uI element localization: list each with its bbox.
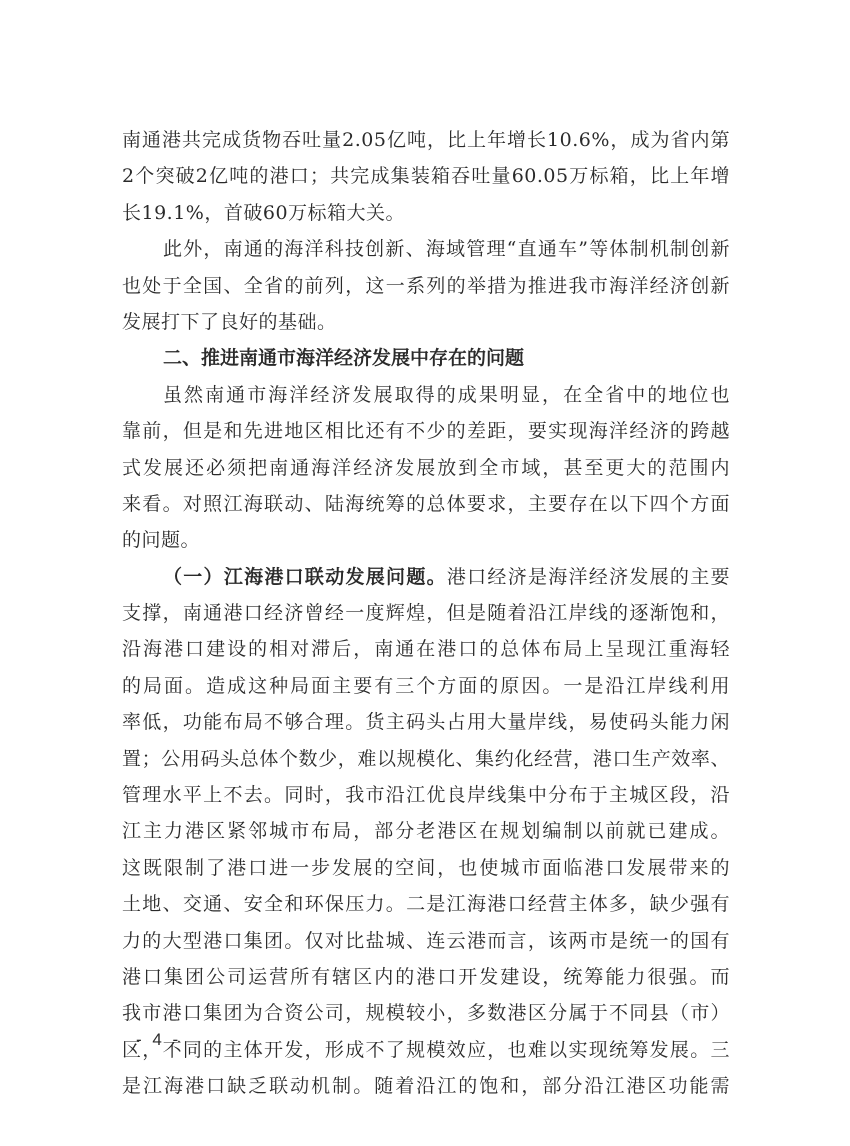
- text-line: 此外，南通的海洋科技创新、海域管理“直通车”等体制机制创新: [122, 231, 730, 267]
- text-line: 江主力港区紧邻城市布局，部分老港区在规划编制以前就已建成。: [122, 813, 730, 849]
- text-line: 我市港口集团为合资公司，规模较小，多数港区分属于不同县（市）: [122, 995, 730, 1031]
- text-line: （一）江海港口联动发展问题。港口经济是海洋经济发展的主要: [122, 559, 730, 595]
- text-line: 2个突破2亿吨的港口；共完成集装箱吞吐量60.05万标箱，比上年增: [122, 158, 730, 194]
- text-line: 管理水平上不去。同时，我市沿江优良岸线集中分布于主城区段，沿: [122, 777, 730, 813]
- text-line: 是江海港口缺乏联动机制。随着沿江的饱和，部分沿江港区功能需: [122, 1068, 730, 1104]
- text-line: 的局面。造成这种局面主要有三个方面的原因。一是沿江岸线利用: [122, 668, 730, 704]
- text-line: 土地、交通、安全和环保压力。二是江海港口经营主体多，缺少强有: [122, 886, 730, 922]
- text-line: 沿海港口建设的相对滞后，南通在港口的总体布局上呈现江重海轻: [122, 631, 730, 667]
- text-run: 港口经济是海洋经济发展的主要: [447, 566, 730, 588]
- text-line: 式发展还必须把南通海洋经济发展放到全市域，甚至更大的范围内: [122, 450, 730, 486]
- text-line: 区，不同的主体开发，形成不了规模效应，也难以实现统筹发展。三: [122, 1032, 730, 1068]
- text-line: 率低，功能布局不够合理。货主码头占用大量岸线，易使码头能力闲: [122, 704, 730, 740]
- document-page: 南通港共完成货物吞吐量2.05亿吨，比上年增长10.6%，成为省内第 2个突破2…: [0, 0, 850, 1146]
- text-line: 置；公用码头总体个数少，难以规模化、集约化经营，港口生产效率、: [122, 741, 730, 777]
- subsection-title: （一）江海港口联动发展问题。: [163, 566, 447, 588]
- text-line: 发展打下了良好的基础。: [122, 304, 730, 340]
- body-text: 南通港共完成货物吞吐量2.05亿吨，比上年增长10.6%，成为省内第 2个突破2…: [122, 122, 730, 1105]
- text-line: 虽然南通市海洋经济发展取得的成果明显，在全省中的地位也: [122, 377, 730, 413]
- text-line: 南通港共完成货物吞吐量2.05亿吨，比上年增长10.6%，成为省内第: [122, 122, 730, 158]
- section-heading: 二、推进南通市海洋经济发展中存在的问题: [122, 340, 730, 376]
- page-number: - 4 -: [136, 1030, 181, 1050]
- text-line: 力的大型港口集团。仅对比盐城、连云港而言，该两市是统一的国有: [122, 923, 730, 959]
- text-line: 靠前，但是和先进地区相比还有不少的差距，要实现海洋经济的跨越: [122, 413, 730, 449]
- text-line: 支撑，南通港口经济曾经一度辉煌，但是随着沿江岸线的逐渐饱和，: [122, 595, 730, 631]
- text-line: 来看。对照江海联动、陆海统筹的总体要求，主要存在以下四个方面: [122, 486, 730, 522]
- text-line: 港口集团公司运营所有辖区内的港口开发建设，统筹能力很强。而: [122, 959, 730, 995]
- text-line: 也处于全国、全省的前列，这一系列的举措为推进我市海洋经济创新: [122, 268, 730, 304]
- text-line: 长19.1%，首破60万标箱大关。: [122, 195, 730, 231]
- text-line: 这既限制了港口进一步发展的空间，也使城市面临港口发展带来的: [122, 850, 730, 886]
- text-line: 的问题。: [122, 522, 730, 558]
